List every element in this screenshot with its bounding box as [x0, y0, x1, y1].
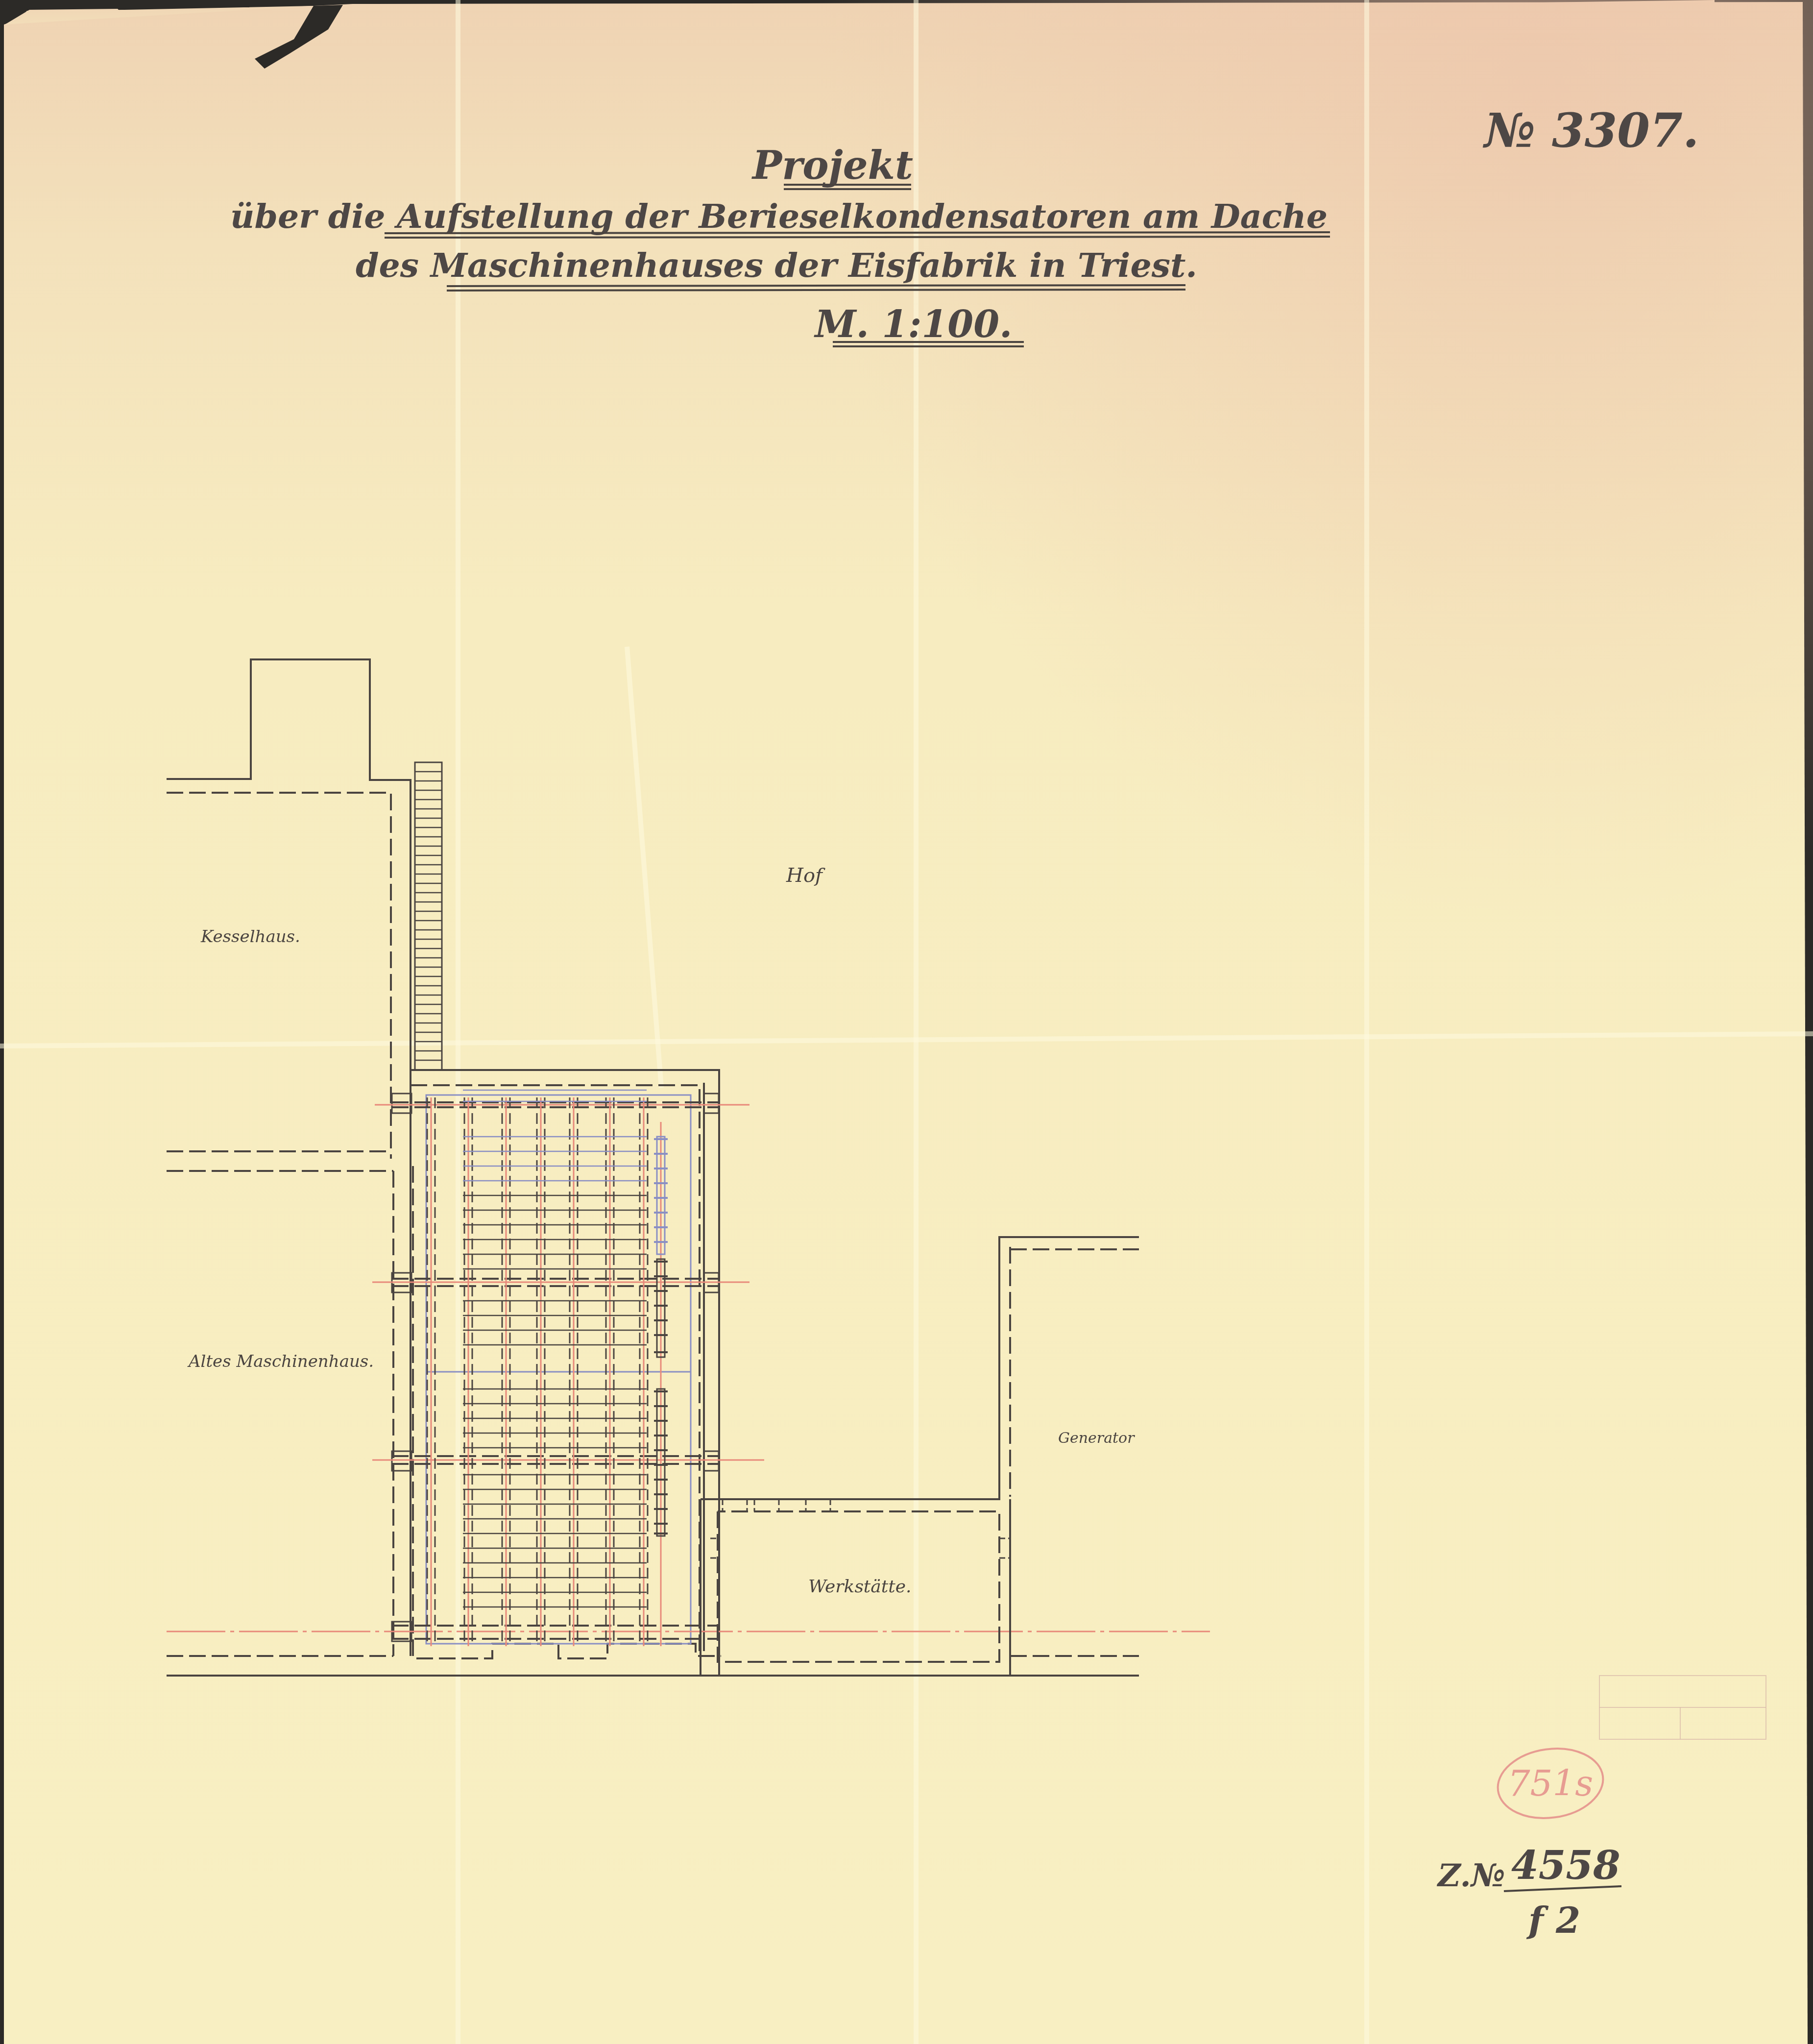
title-scale: M. 1:100. [813, 302, 1012, 346]
archive-note-sub: f 2 [1526, 1899, 1580, 1941]
stamp-number: 751s [1508, 1763, 1593, 1804]
room-label-generator: Generator [1058, 1430, 1135, 1447]
title-line-3: des Maschinenhauses der Eisfabrik in Tri… [356, 246, 1197, 285]
room-label-hof: Hof [786, 864, 825, 887]
room-label-altes-maschinenhaus: Altes Maschinenhaus. [187, 1352, 374, 1371]
room-label-kesselhaus: Kesselhaus. [200, 927, 300, 947]
drawing-number: № 3307. [1482, 103, 1699, 158]
archive-note-number: 4558 [1511, 1842, 1620, 1888]
archive-note-prefix: Z.№ [1436, 1857, 1505, 1894]
title-line-2: über die Aufstellung der Berieselkondens… [230, 197, 1328, 236]
drawing-sheet: № 3307. Projekt über die Aufstellung der… [0, 0, 1813, 2044]
room-label-werkstaette: Werkstätte. [808, 1577, 911, 1597]
title-line-1: Projekt [751, 142, 913, 188]
